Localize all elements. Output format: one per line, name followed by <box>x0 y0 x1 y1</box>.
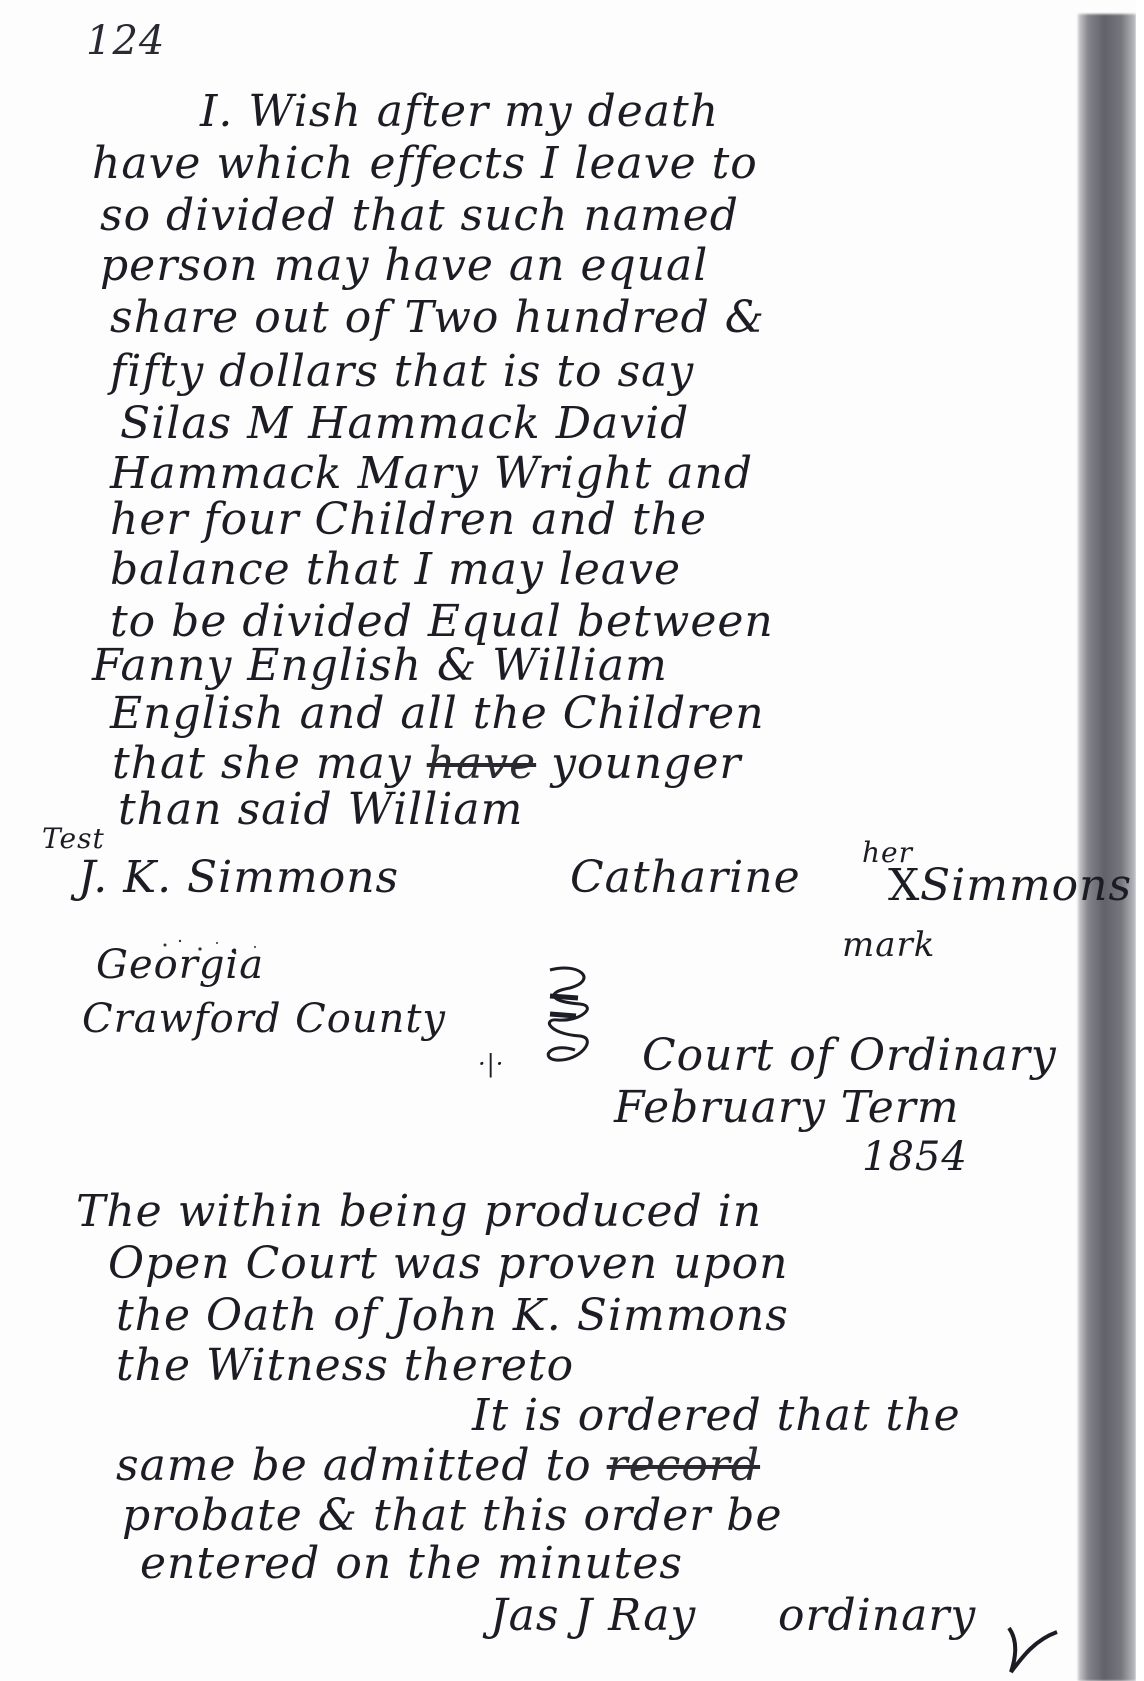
will-line-text: younger <box>551 738 741 789</box>
seal-marker: ·|· <box>478 1050 504 1078</box>
will-line: her four Children and the <box>110 494 707 545</box>
will-line: person may have an equal <box>100 240 708 291</box>
struck-word: record <box>607 1440 760 1491</box>
struck-word: have <box>427 738 536 789</box>
will-line: Silas M Hammack David <box>120 398 689 449</box>
court-year: 1854 <box>862 1134 968 1180</box>
test-label: Test <box>42 822 105 855</box>
probate-line-text: same be admitted to <box>116 1440 592 1491</box>
will-line-text: that she may <box>112 738 412 789</box>
will-line: so divided that such named <box>100 190 739 241</box>
binding-shadow <box>1078 14 1136 1681</box>
county-name: Crawford County <box>82 996 446 1042</box>
probate-line: same be admitted to record <box>116 1440 760 1491</box>
state-name: Georgia <box>96 942 264 988</box>
ordinary-title: ordinary <box>778 1590 976 1641</box>
will-line: have which effects I leave to <box>92 138 758 189</box>
probate-line: the Witness thereto <box>116 1340 574 1391</box>
will-line: share out of Two hundred & <box>110 292 765 343</box>
will-line: I. Wish after my death <box>200 86 719 137</box>
page-margin <box>1136 0 1144 1681</box>
will-line: fifty dollars that is to say <box>110 346 694 397</box>
seal-flourish-icon <box>540 962 600 1082</box>
probate-line: It is ordered that the <box>472 1390 961 1441</box>
probate-line: the Oath of John K. Simmons <box>116 1290 789 1341</box>
will-line: than said William <box>118 784 523 835</box>
probate-line: probate & that this order be <box>122 1490 782 1541</box>
testator-last-name: Simmons <box>920 860 1132 911</box>
document-page: 124 I. Wish after my death have which ef… <box>0 0 1144 1681</box>
will-line: Hammack Mary Wright and <box>110 448 753 499</box>
court-name: Court of Ordinary <box>642 1030 1057 1081</box>
probate-line: entered on the minutes <box>140 1538 683 1589</box>
witness-signature: J. K. Simmons <box>78 852 399 903</box>
probate-line: The within being produced in <box>76 1186 762 1237</box>
probate-line: Open Court was proven upon <box>108 1238 789 1289</box>
will-line: balance that I may leave <box>110 544 681 595</box>
testator-first-name: Catharine <box>570 852 801 903</box>
page-number: 124 <box>86 18 165 64</box>
will-line: English and all the Children <box>110 688 765 739</box>
court-term: February Term <box>614 1082 960 1133</box>
signature-flourish-icon <box>1005 1620 1065 1680</box>
mark-symbol: X <box>888 860 920 911</box>
mark-label: mark <box>842 925 935 965</box>
will-line: Fanny English & William <box>92 640 668 691</box>
ordinary-signature: Jas J Ray <box>490 1590 696 1641</box>
will-line: that she may have younger <box>112 738 741 789</box>
